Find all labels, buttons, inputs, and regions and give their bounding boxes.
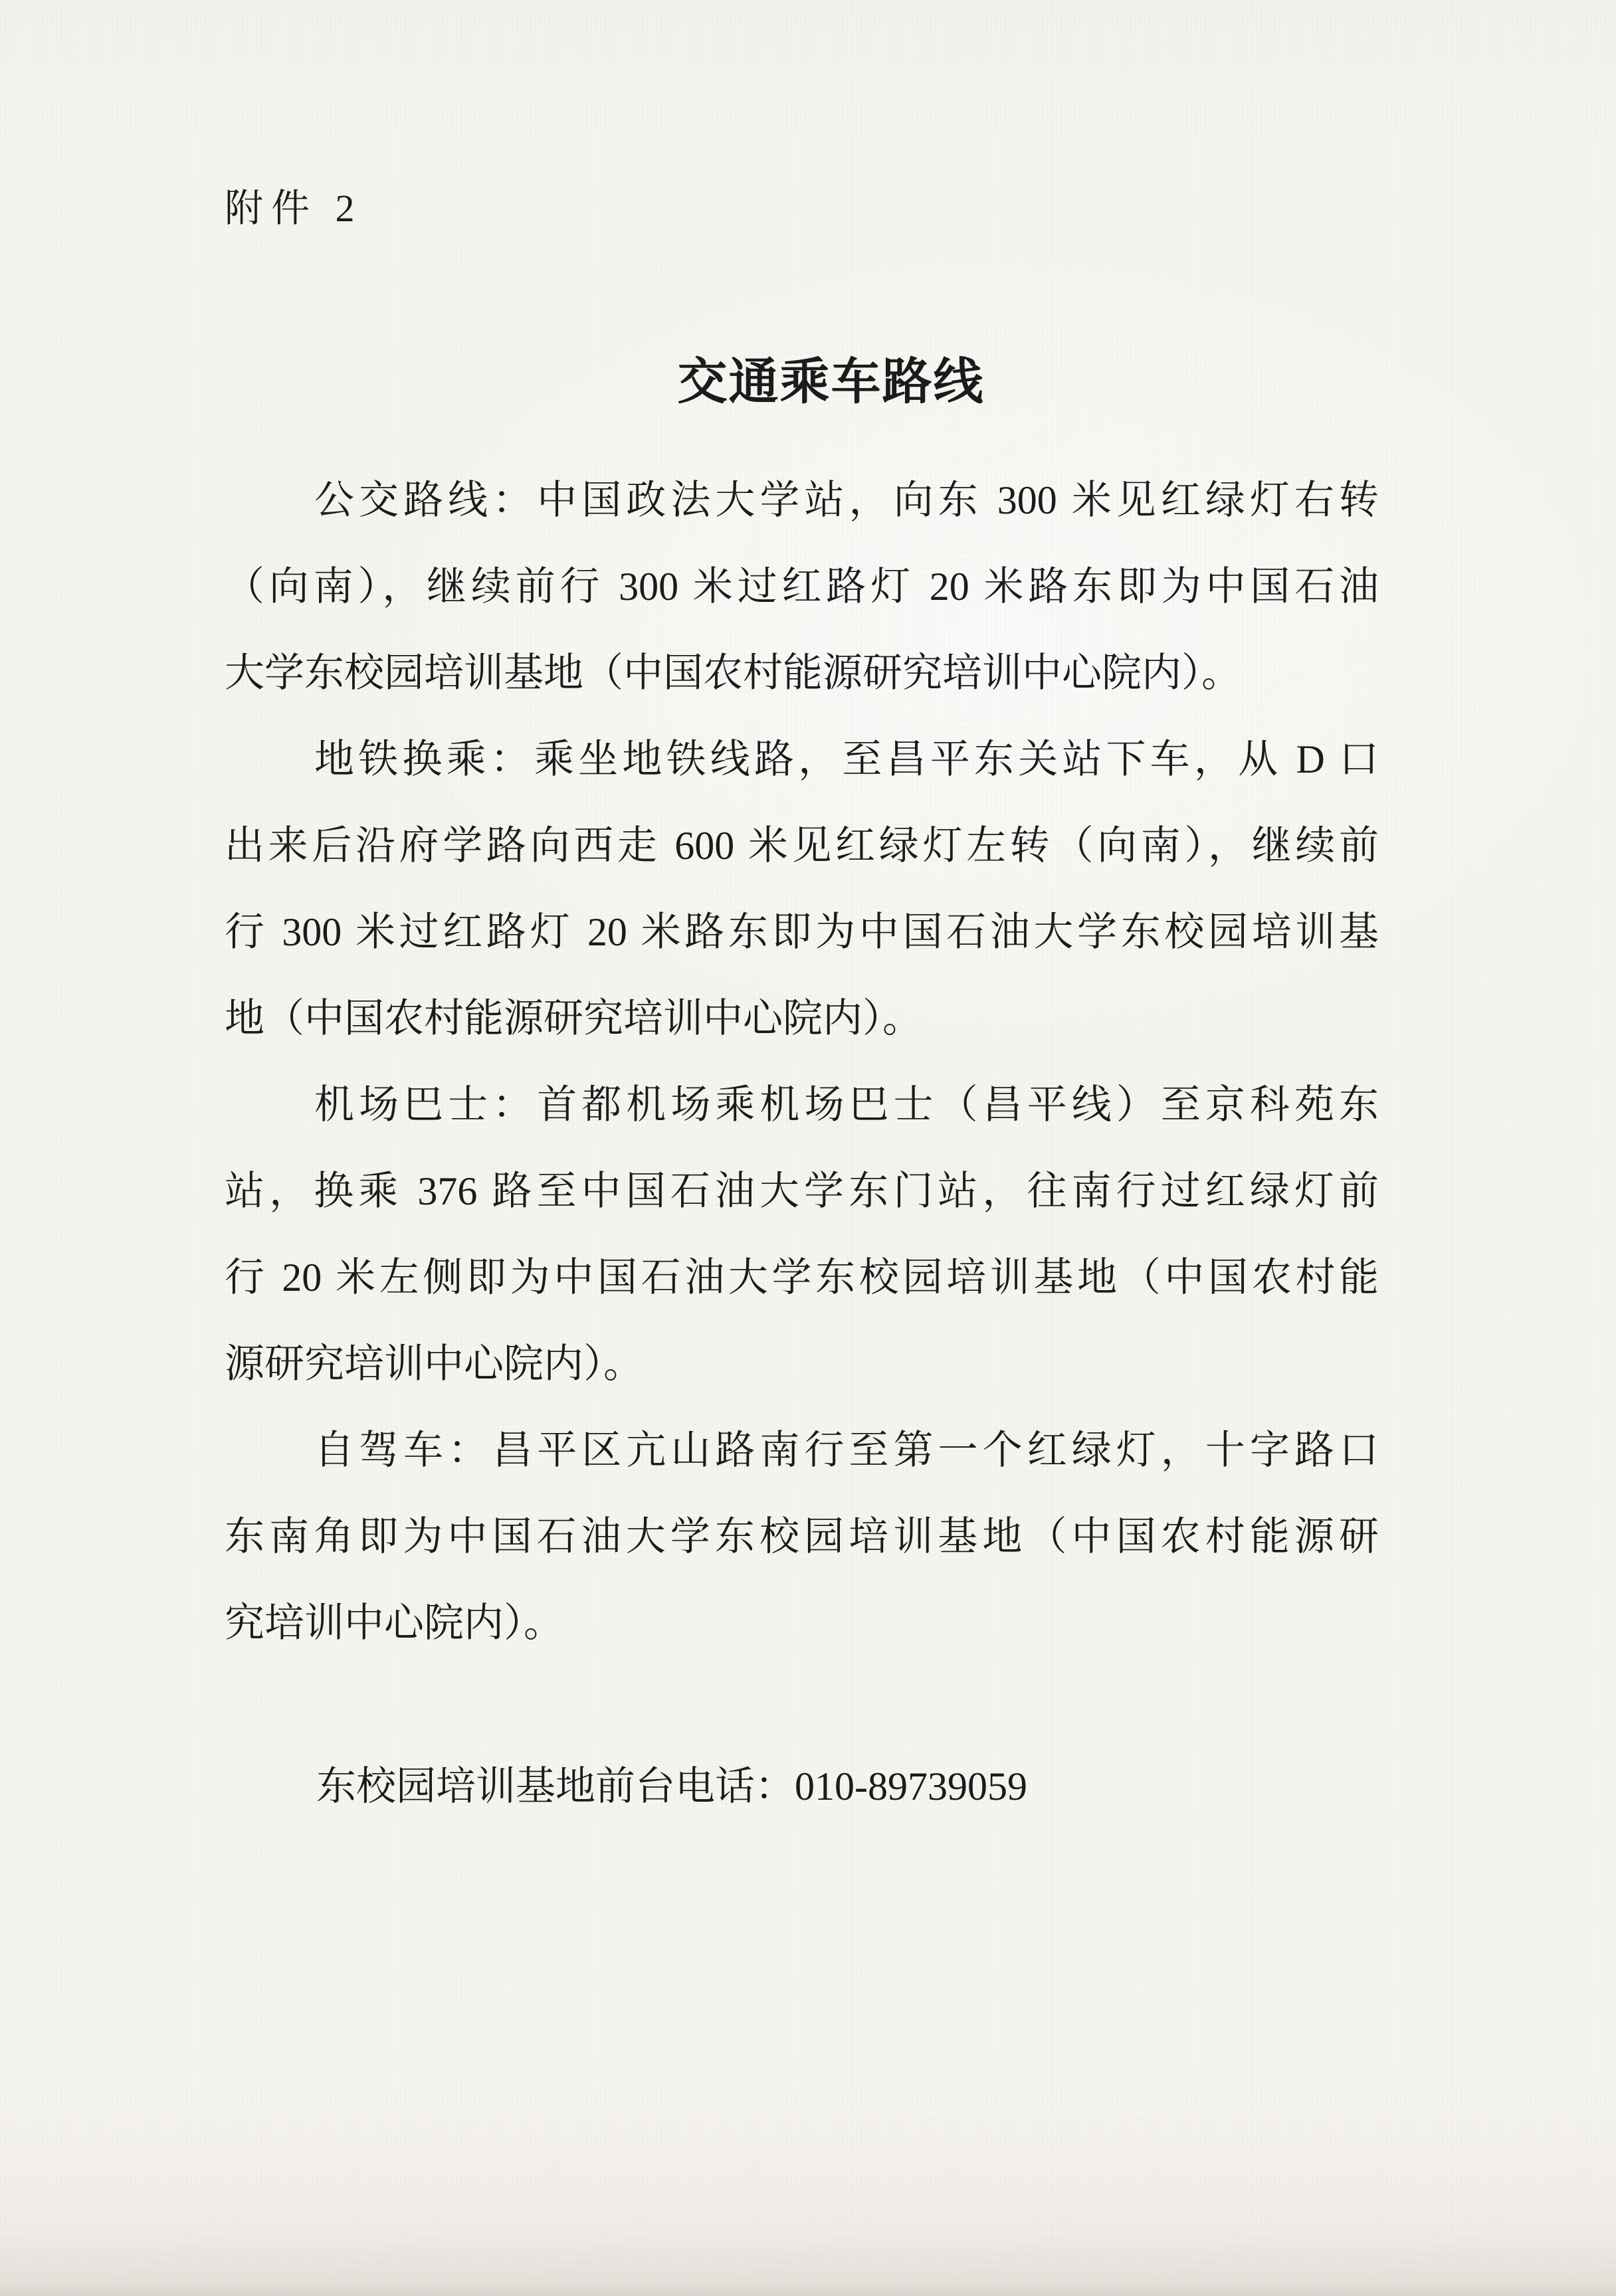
paragraph-line: 东南角即为中国石油大学东校园培训基地（中国农村能源研 (225, 1493, 1379, 1580)
paragraph-self-driving: 自驾车：昌平区亢山路南行至第一个红绿灯，十字路口东南角即为中国石油大学东校园培训… (225, 1407, 1379, 1666)
paragraph-line: 机场巴士：首都机场乘机场巴士（昌平线）至京科苑东 (225, 1062, 1379, 1148)
document-page: 附件 2 交通乘车路线 公交路线：中国政法大学站，向东 300 米见红绿灯右转（… (0, 0, 1616, 2296)
paragraph-line: （向南），继续前行 300 米过红路灯 20 米路东即为中国石油 (225, 543, 1379, 630)
paragraph-line: 出来后沿府学路向西走 600 米见红绿灯左转（向南），继续前 (225, 803, 1379, 889)
document-body: 公交路线：中国政法大学站，向东 300 米见红绿灯右转（向南），继续前行 300… (225, 457, 1379, 1830)
paragraph-airport-bus: 机场巴士：首都机场乘机场巴士（昌平线）至京科苑东站，换乘 376 路至中国石油大… (225, 1062, 1379, 1407)
paragraph-line: 地（中国农村能源研究培训中心院内）。 (225, 975, 1379, 1062)
paragraph-line: 大学东校园培训基地（中国农村能源研究培训中心院内）。 (225, 630, 1379, 716)
phone-line: 东校园培训基地前台电话：010-89739059 (225, 1743, 1379, 1830)
paragraph-line: 自驾车：昌平区亢山路南行至第一个红绿灯，十字路口 (225, 1407, 1379, 1493)
paragraph-line: 行 300 米过红路灯 20 米路东即为中国石油大学东校园培训基 (225, 889, 1379, 975)
paragraph-line: 地铁换乘：乘坐地铁线路，至昌平东关站下车，从 D 口 (225, 716, 1379, 803)
paragraph-line: 行 20 米左侧即为中国石油大学东校园培训基地（中国农村能 (225, 1234, 1379, 1321)
paragraph-bus-route: 公交路线：中国政法大学站，向东 300 米见红绿灯右转（向南），继续前行 300… (225, 457, 1379, 716)
paragraph-line: 源研究培训中心院内）。 (225, 1321, 1379, 1407)
paragraph-line: 站，换乘 376 路至中国石油大学东门站，往南行过红绿灯前 (225, 1148, 1379, 1234)
paragraph-line: 公交路线：中国政法大学站，向东 300 米见红绿灯右转 (225, 457, 1379, 543)
paragraphs-container: 公交路线：中国政法大学站，向东 300 米见红绿灯右转（向南），继续前行 300… (225, 457, 1379, 1666)
attachment-label: 附件 2 (225, 187, 363, 231)
paragraph-line: 究培训中心院内）。 (225, 1580, 1379, 1666)
document-title: 交通乘车路线 (254, 351, 1408, 412)
paragraph-subway-transfer: 地铁换乘：乘坐地铁线路，至昌平东关站下车，从 D 口出来后沿府学路向西走 600… (225, 716, 1379, 1062)
